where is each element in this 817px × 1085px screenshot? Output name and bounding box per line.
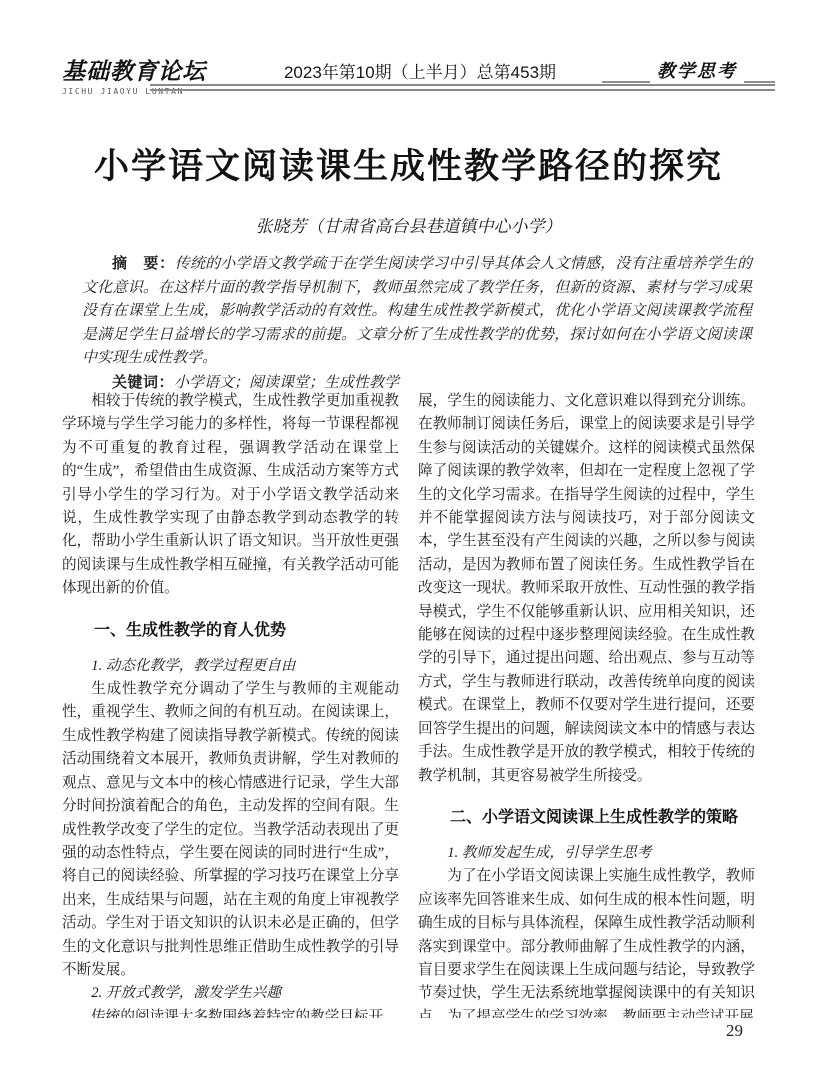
intro-paragraph: 相较于传统的教学模式，生成性教学更加重视教学环境与学生学习能力的多样性，将每一节… [62,390,399,601]
header-rule-top [150,84,775,86]
keywords-label: 关键词： [112,374,174,391]
section-2-sub-1-paragraph: 为了在小学语文阅读课上实施生成性教学，教师应该率先回答谁来生成、如何生成的根本性… [418,865,755,1018]
section-1-sub-2-heading: 2. 开放式教学，激发学生兴趣 [62,982,399,1005]
article-title: 小学语文阅读课生成性教学路径的探究 [0,139,817,189]
section-1-heading: 一、生成性教学的育人优势 [62,617,399,640]
right-column: 展，学生的阅读能力、文化意识难以得到充分训练。在教师制订阅读任务后，课堂上的阅读… [418,390,755,1018]
header-rule-bottom [150,89,775,91]
section-2-heading: 二、小学语文阅读课上生成性教学的策略 [418,804,755,827]
left-column: 相较于传统的教学模式，生成性教学更加重视教学环境与学生学习能力的多样性，将每一节… [62,390,399,1018]
journal-logo-cn: 基础教育论坛 [62,53,206,86]
journal-page: 基础教育论坛 JICHU JIAOYU LUNTAN 2023年第10期（上半月… [0,0,817,1085]
abstract-text: 传统的小学语文教学疏于在学生阅读学习中引导其体会人文情感，没有注重培养学生的文化… [82,256,752,366]
abstract-paragraph: 摘 要：传统的小学语文教学疏于在学生阅读学习中引导其体会人文情感，没有注重培养学… [82,252,752,371]
abstract-label: 摘 要： [112,255,175,272]
header-double-rule [150,84,775,93]
section-1-sub-1-paragraph: 生成性教学充分调动了学生与教师的主观能动性，重视学生、教师之间的有机互动。在阅读… [62,678,399,982]
column-label: 教学思考 [650,57,744,83]
author-line: 张晓芳（甘肃省高台县巷道镇中心小学） [0,212,817,237]
page-number: 29 [726,1021,743,1041]
section-2-sub-1-heading: 1. 教师发起生成，引导学生思考 [418,842,755,865]
section-1-sub-2-paragraph: 传统的阅读课大多数围绕着特定的教学目标开 [62,1006,399,1018]
section-1-sub-1-heading: 1. 动态化教学，教学过程更自由 [62,655,399,678]
abstract-block: 摘 要：传统的小学语文教学疏于在学生阅读学习中引导其体会人文情感，没有注重培养学… [82,252,752,396]
issue-info: 2023年第10期（上半月）总第453期 [284,58,556,83]
continuation-paragraph: 展，学生的阅读能力、文化意识难以得到充分训练。在教师制订阅读任务后，课堂上的阅读… [418,390,755,788]
keywords-text: 小学语文；阅读课堂；生成性教学 [174,375,399,391]
